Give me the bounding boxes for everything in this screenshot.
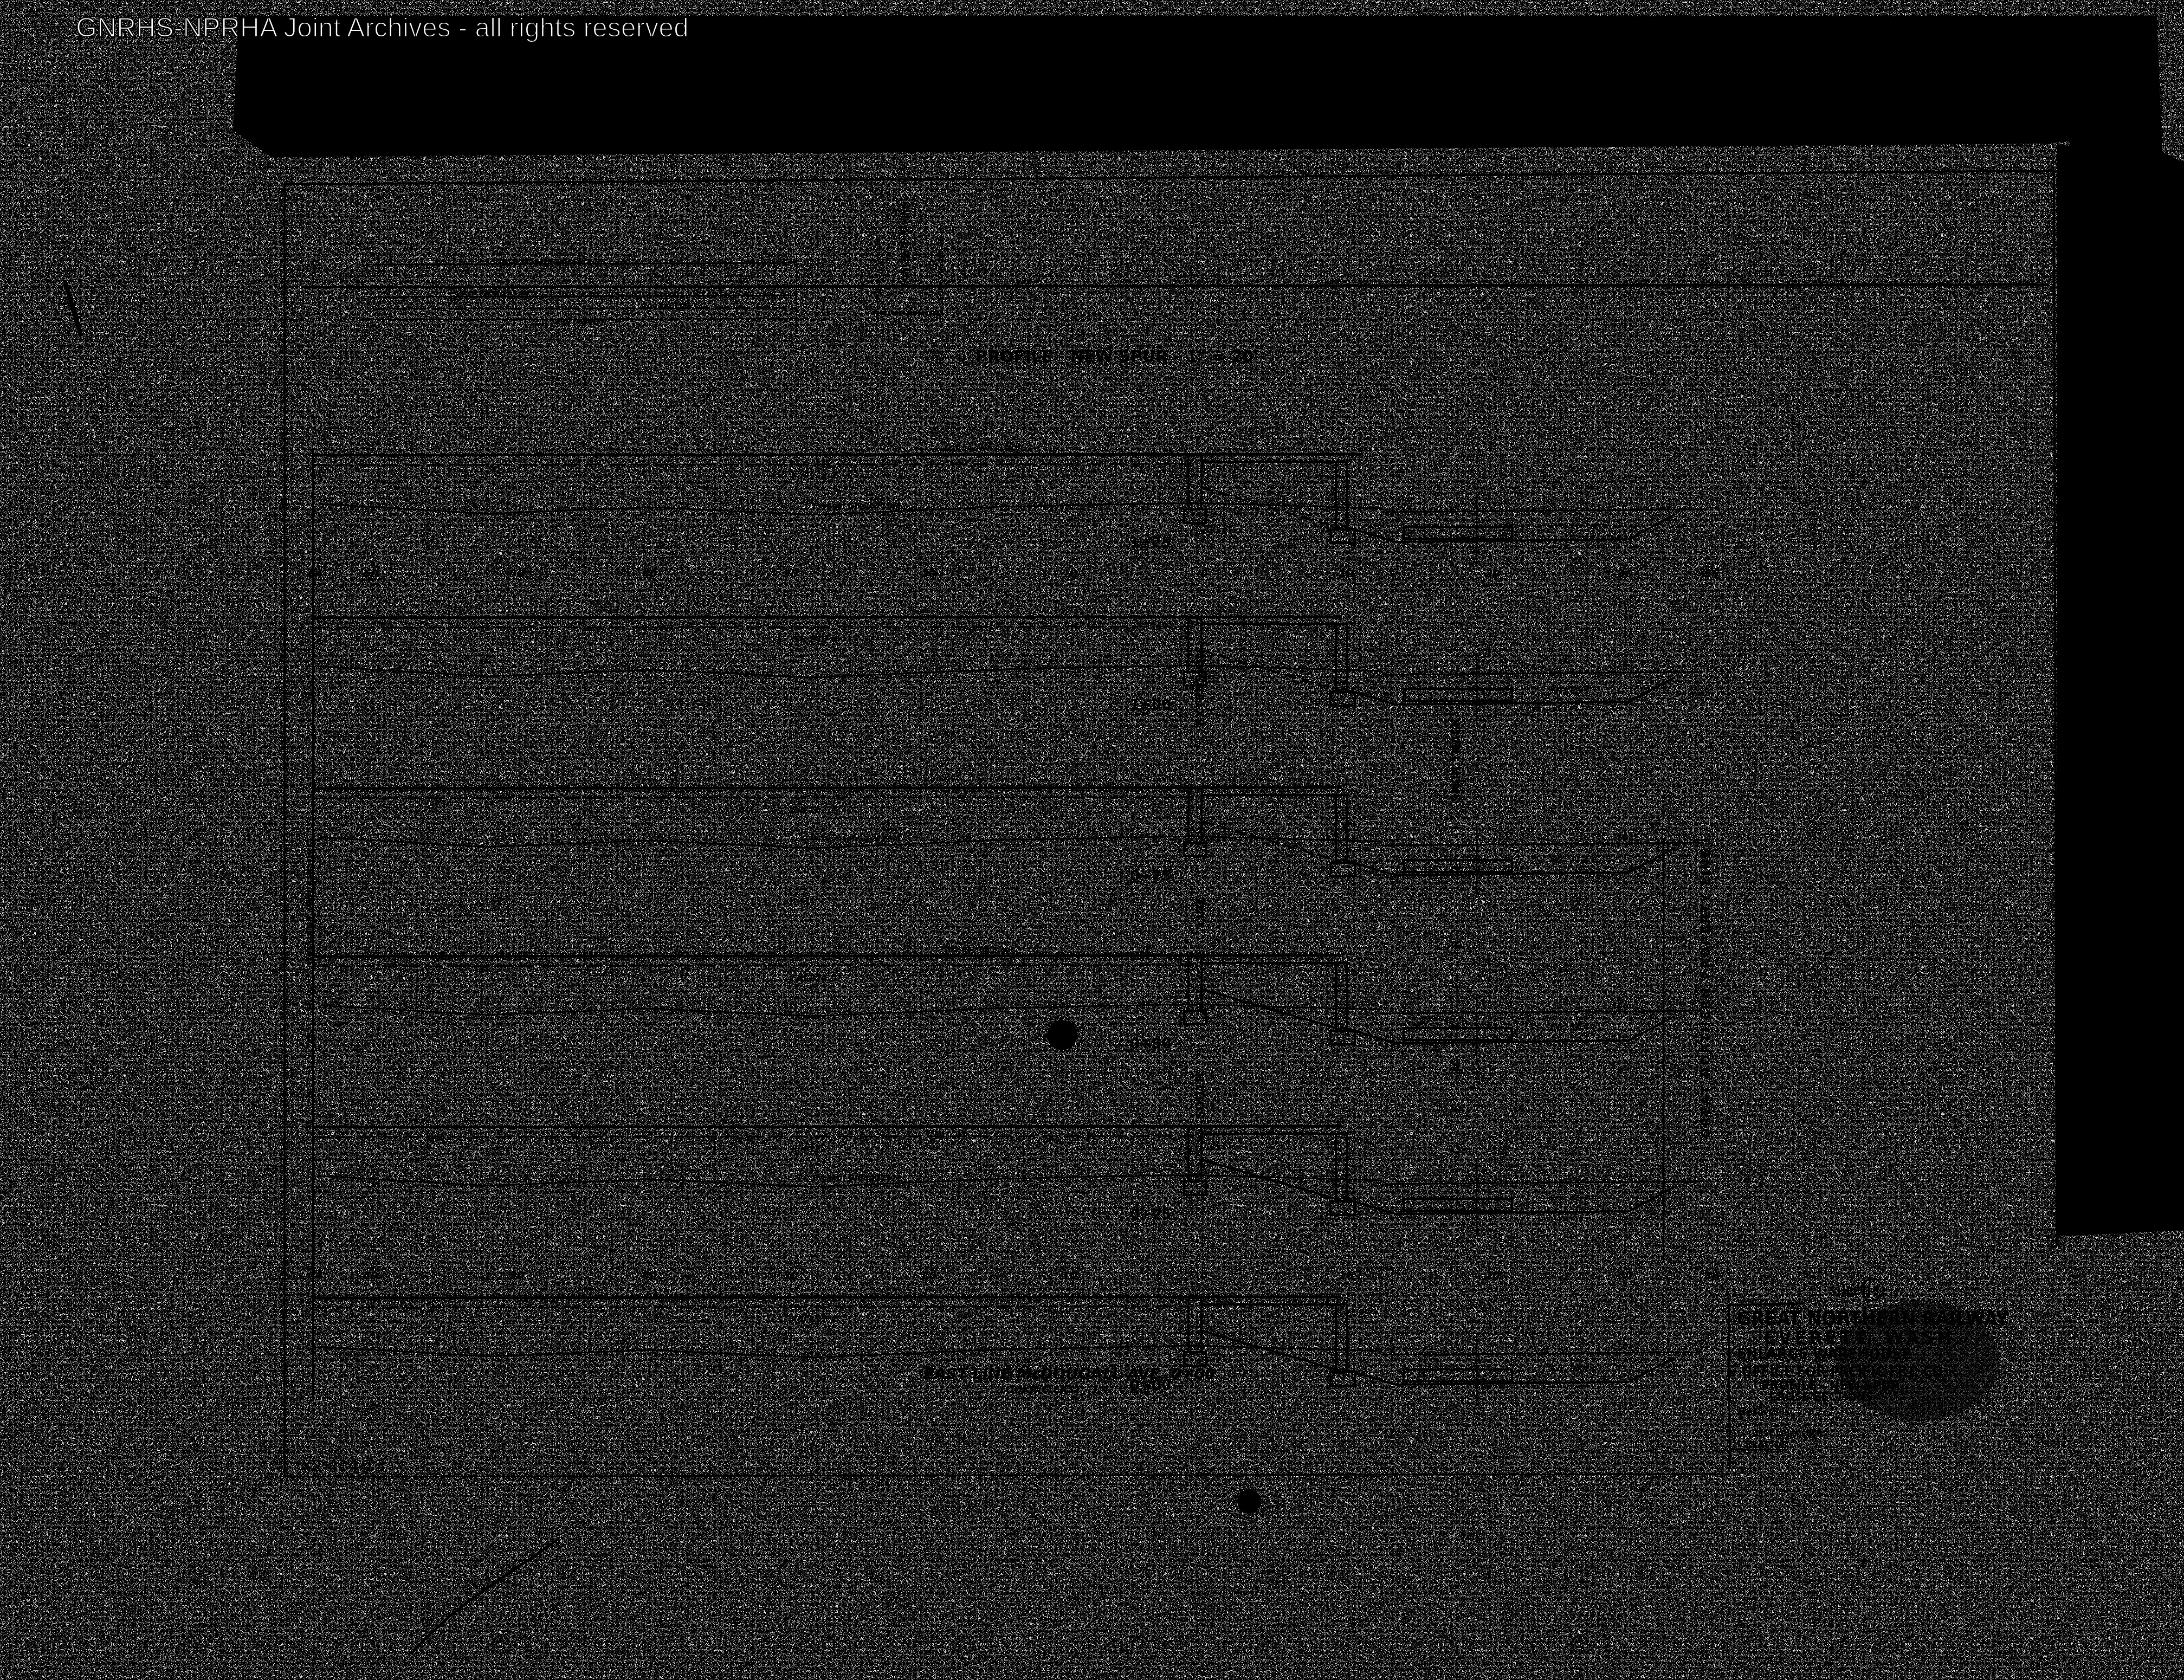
center-line-label: CENTER LINE bbox=[1450, 710, 1464, 1154]
bottom-caption-line2: LOOKING EAST - 1/4" = 1'-0" bbox=[1000, 1384, 1155, 1395]
scale-tick: 10 bbox=[1339, 1269, 1354, 1282]
sheet-number: 13 bbox=[1865, 1284, 1880, 1298]
scale-tick: 10 bbox=[1062, 567, 1077, 580]
plan-concrete-paving: CONCRETE PAVING bbox=[900, 202, 910, 287]
fill-label: Fill 172 bbox=[791, 1143, 827, 1154]
drawing-number: X2 414-13 bbox=[301, 1457, 385, 1476]
scale-tick: 64 bbox=[308, 567, 323, 580]
paper-noise bbox=[0, 0, 2184, 1680]
plan-top-rail: TOP RAIL 159.51 bbox=[642, 303, 703, 311]
ground-line-label: Present Ground Line bbox=[813, 835, 901, 844]
fill-label: Fill 127 # bbox=[791, 1314, 837, 1324]
scale-tick: 60 bbox=[363, 1269, 378, 1282]
scale-tick: 30 bbox=[783, 1269, 798, 1282]
plan-floor-elev: FLOOR ELEV. 163.84 bbox=[450, 289, 529, 298]
fill-label: Fill 262 # bbox=[791, 805, 837, 815]
elev-label: 160 bbox=[1612, 1343, 1628, 1352]
plan-elev-right: TOP CON. 160.31 bbox=[937, 238, 945, 301]
elev-label: 160 bbox=[1612, 833, 1628, 842]
station-label: 0+75 bbox=[1130, 868, 1171, 884]
archive-watermark: GNRHS-NPRHA Joint Archives - all rights … bbox=[76, 12, 689, 43]
bottom-caption-line1: EAST LINE McDOUGALL AVE. 0+00 bbox=[924, 1365, 1216, 1383]
station-label: 1+00 bbox=[1130, 697, 1171, 714]
excavation-label: Exc. 31.2 # bbox=[1550, 855, 1598, 864]
station-label: 1+25 bbox=[1130, 535, 1171, 551]
plan-sub-grade: SUB GRADE bbox=[555, 318, 598, 326]
station-label: 0+25 bbox=[1130, 1207, 1171, 1223]
blueprint-sheet: GNRHS-NPRHA Joint Archives - all rights … bbox=[0, 0, 2184, 1680]
scale-tick: 50 bbox=[509, 567, 525, 580]
plan-south-side-label: SOUTH SIDE OF WAREHOUSE bbox=[490, 258, 605, 266]
station-label: 0+50 bbox=[1130, 1036, 1171, 1052]
scale-tick: 30 bbox=[1618, 567, 1633, 580]
profile-drawing: SOUTH SIDE OF WAREHOUSE FLOOR ELEV. 163.… bbox=[0, 0, 2184, 1680]
floor-note: 163.84 Top Floor bbox=[943, 946, 1015, 954]
excavation-label: Exc. 28.9 # bbox=[1550, 684, 1598, 693]
excavation-label: Exc. 16.7 # bbox=[1550, 522, 1598, 531]
ground-line-label: Present Ground Line bbox=[813, 1174, 901, 1183]
asst-chief-label: ASST. CHIEF ENGR. bbox=[1753, 1430, 1825, 1438]
scale-tick: 36 bbox=[1704, 1269, 1720, 1282]
scale-tick: 40 bbox=[642, 1269, 657, 1282]
scale-tick: 20 bbox=[1485, 567, 1500, 580]
plan-station-label: 2+00 bbox=[1105, 322, 1113, 341]
property-line-label: GREAT NORTHERN PROPERTY LINE bbox=[1700, 847, 1713, 1138]
scale-tick: 64 bbox=[308, 1269, 323, 1282]
extension-label: EXTENSION bbox=[1194, 649, 1207, 726]
floor-note: 163.84 TOP FLOOR bbox=[943, 444, 1023, 453]
scale-tick: 20 bbox=[921, 1269, 936, 1282]
plan-elev-left: TOP CON. 160.44 bbox=[875, 238, 882, 301]
south-label: SOUTH bbox=[1194, 1072, 1207, 1119]
approved-label: APPROVED: bbox=[1737, 1409, 1781, 1418]
drawing-title: PROFILE - NEW SPUR - 1" = 20' bbox=[975, 347, 1258, 366]
elev-label: 160 bbox=[1612, 500, 1628, 509]
south-line-label: SOUTH LINE bbox=[306, 844, 317, 1127]
scale-tick: 10 bbox=[1062, 1269, 1077, 1282]
scale-tick: 60 bbox=[363, 567, 378, 580]
elev-label: 160 bbox=[1612, 1001, 1628, 1010]
scale-tick: 30 bbox=[1618, 1269, 1633, 1282]
fill-label: Fill 224 # bbox=[791, 973, 837, 983]
scale-tick: 20 bbox=[1485, 1269, 1500, 1282]
scale-tick: 0 bbox=[1200, 567, 1208, 580]
excavation-label: Exc. 66.7 # bbox=[1550, 1365, 1598, 1373]
elev-label: 160 bbox=[1612, 663, 1628, 671]
scale-tick: 50 bbox=[509, 1269, 525, 1282]
fill-label: Fill 264 # bbox=[791, 471, 837, 482]
seattle-label: SEATTLE bbox=[1745, 1439, 1787, 1451]
elev-label: 160 bbox=[1612, 1172, 1628, 1181]
scale-tick: 36 bbox=[1704, 567, 1720, 580]
scale-tick: 40 bbox=[642, 567, 657, 580]
ground-line-label: Present Ground Line bbox=[813, 502, 901, 511]
scale-tick: 20 bbox=[921, 567, 936, 580]
fill-label: Fill 240 # bbox=[791, 634, 837, 644]
excavation-label: Exc. 34.6 # bbox=[1550, 1023, 1598, 1032]
excavation-label: Exc. 66.7 # bbox=[1550, 1194, 1598, 1203]
scale-tick: 10 bbox=[1339, 567, 1354, 580]
scale-tick: 30 bbox=[783, 567, 798, 580]
line-label: LINE bbox=[1194, 896, 1207, 927]
scale-tick: 0 bbox=[1200, 1269, 1208, 1282]
